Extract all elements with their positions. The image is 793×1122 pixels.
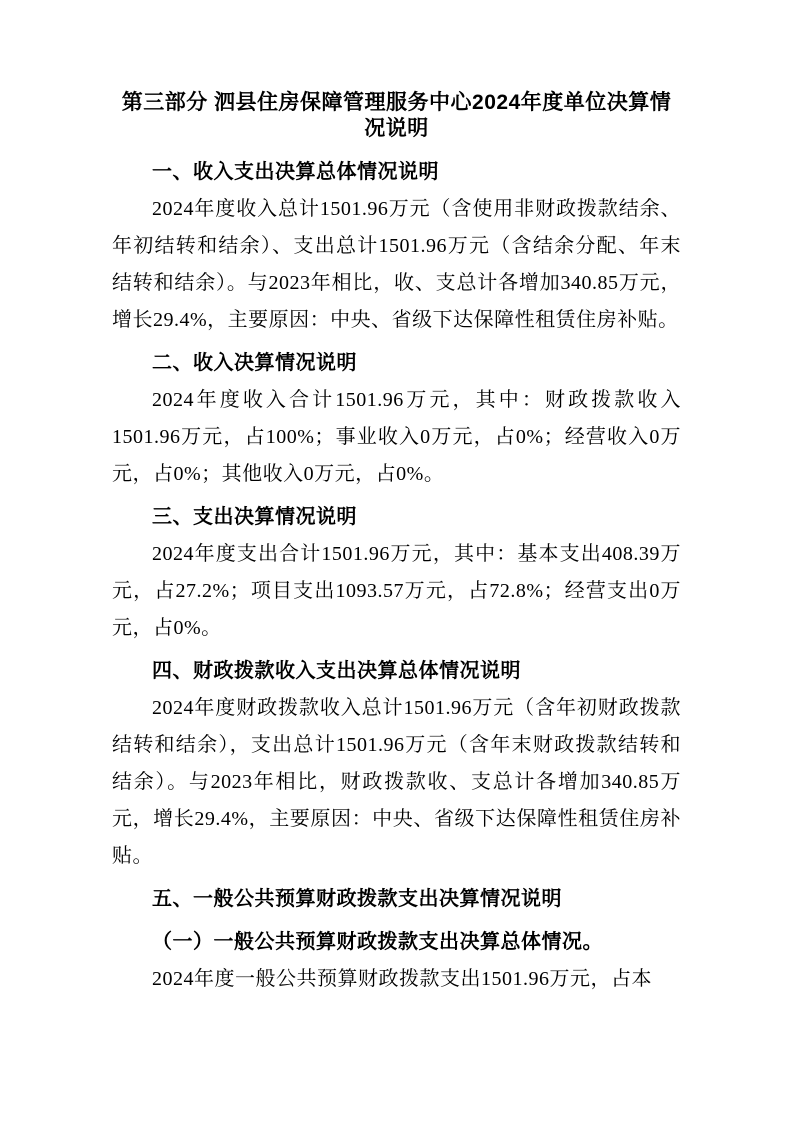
section-fiscal-appropriation-overview: 四、财政拨款收入支出决算总体情况说明 2024年度财政拨款收入总计1501.96… [112,653,681,875]
section-5-heading: 五、一般公共预算财政拨款支出决算情况说明 [112,881,681,918]
section-2-paragraph: 2024年度收入合计1501.96万元，其中：财政拨款收入1501.96万元，占… [112,382,681,493]
section-5-subheading: （一）一般公共预算财政拨款支出决算总体情况。 [112,924,681,961]
section-1-paragraph: 2024年度收入总计1501.96万元（含使用非财政拨款结余、年初结转和结余）、… [112,191,681,339]
section-income-statement: 二、收入决算情况说明 2024年度收入合计1501.96万元，其中：财政拨款收入… [112,345,681,493]
section-2-heading: 二、收入决算情况说明 [112,345,681,382]
section-expenditure-statement: 三、支出决算情况说明 2024年度支出合计1501.96万元，其中：基本支出40… [112,499,681,647]
section-4-heading: 四、财政拨款收入支出决算总体情况说明 [112,653,681,690]
document-title: 第三部分 泗县住房保障管理服务中心2024年度单位决算情况说明 [112,90,681,142]
section-3-heading: 三、支出决算情况说明 [112,499,681,536]
section-4-paragraph: 2024年度财政拨款收入总计1501.96万元（含年初财政拨款结转和结余），支出… [112,690,681,875]
section-5-paragraph: 2024年度一般公共预算财政拨款支出1501.96万元，占本 [112,961,681,998]
document-page: 第三部分 泗县住房保障管理服务中心2024年度单位决算情况说明 一、收入支出决算… [0,0,793,1122]
section-1-heading: 一、收入支出决算总体情况说明 [112,154,681,191]
section-income-expenditure-overview: 一、收入支出决算总体情况说明 2024年度收入总计1501.96万元（含使用非财… [112,154,681,339]
section-general-public-budget: 五、一般公共预算财政拨款支出决算情况说明 （一）一般公共预算财政拨款支出决算总体… [112,881,681,998]
section-3-paragraph: 2024年度支出合计1501.96万元，其中：基本支出408.39万元，占27.… [112,536,681,647]
